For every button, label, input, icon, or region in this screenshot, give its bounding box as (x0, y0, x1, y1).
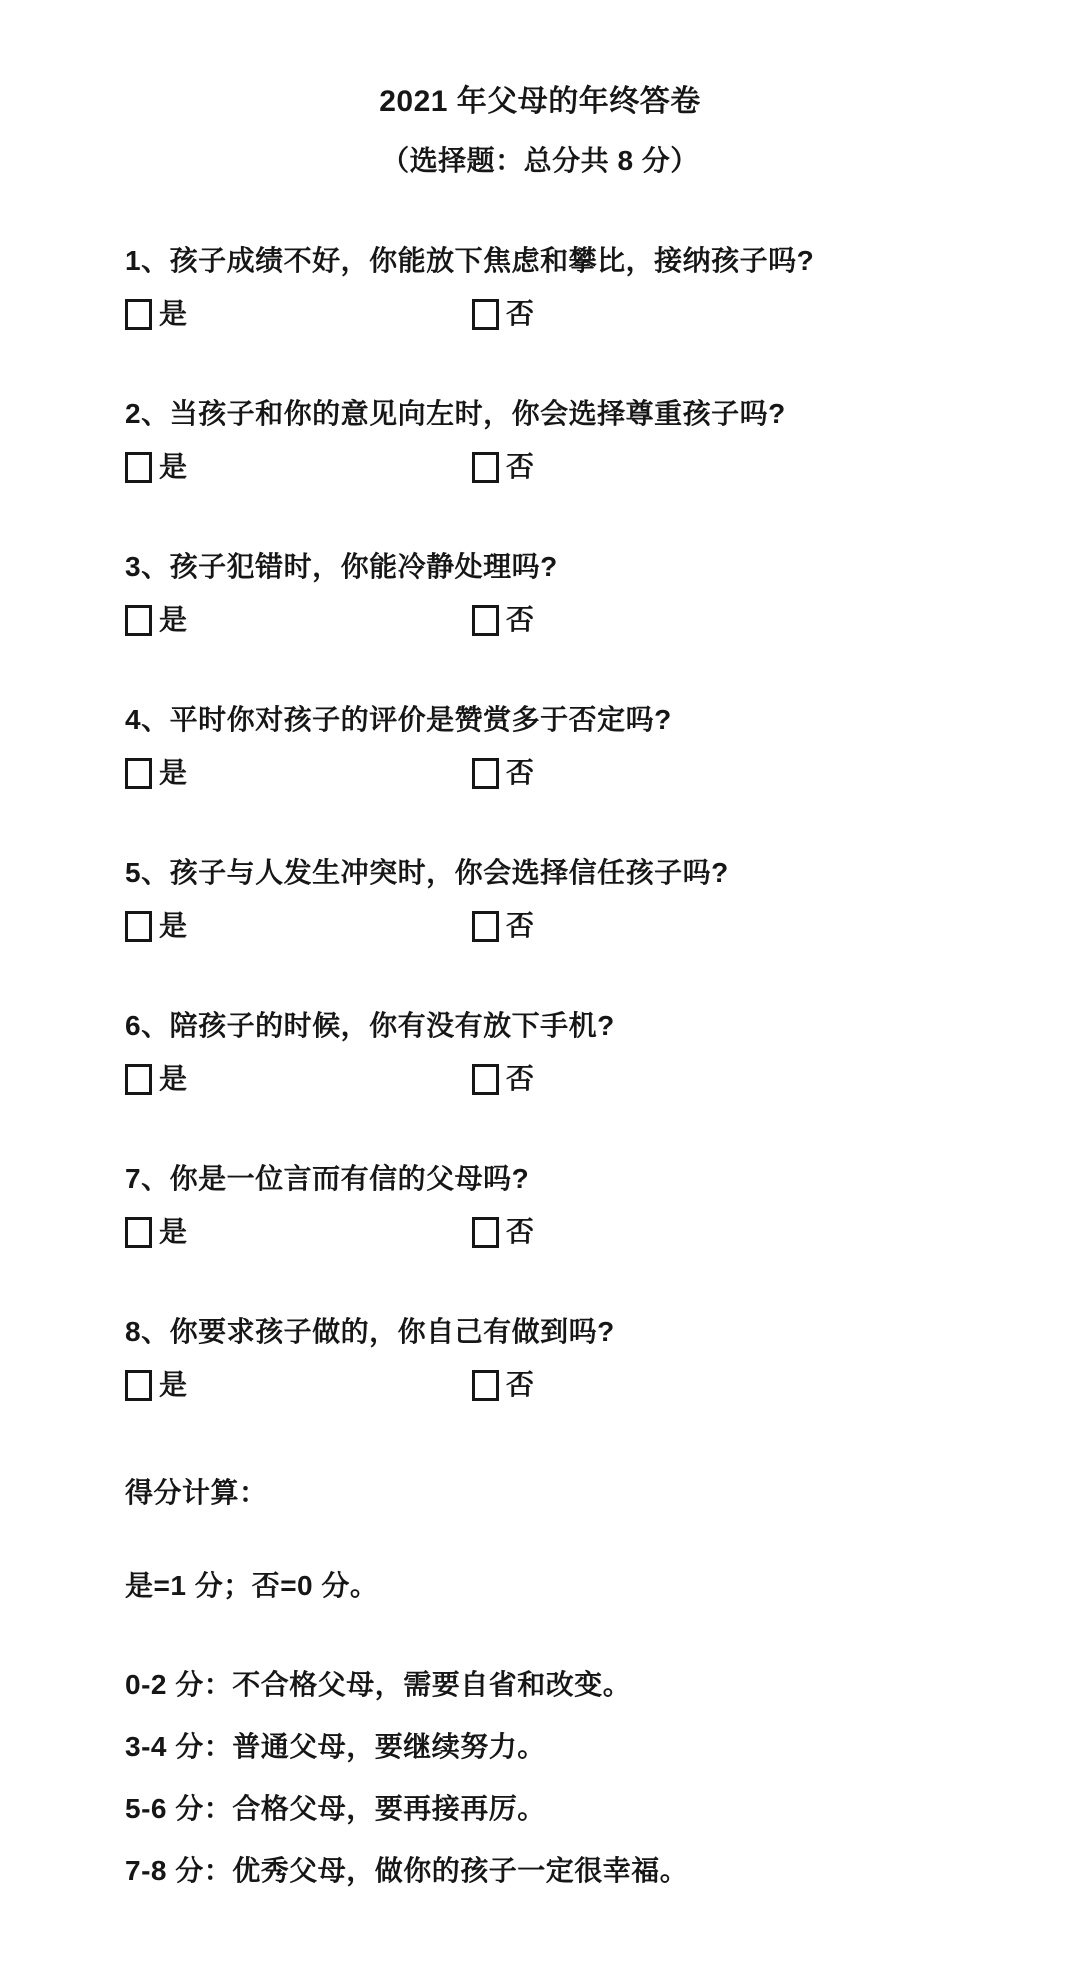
option-no-label: 否 (506, 297, 535, 331)
option-yes[interactable]: 是 (125, 1368, 472, 1402)
checkbox-yes-icon[interactable] (125, 1217, 152, 1248)
score-band-0-2: 0-2 分：不合格父母，需要自省和改变。 (125, 1668, 1020, 1702)
option-no-label: 否 (506, 1368, 535, 1402)
checkbox-no-icon[interactable] (472, 299, 499, 330)
checkbox-yes-icon[interactable] (125, 1064, 152, 1095)
options-row: 是 否 (125, 450, 1020, 484)
options-row: 是 否 (125, 1215, 1020, 1249)
option-no-label: 否 (506, 756, 535, 790)
question-text: 3、孩子犯错时，你能冷静处理吗? (125, 550, 1020, 584)
question-text: 6、陪孩子的时候，你有没有放下手机? (125, 1009, 1020, 1043)
question-text: 1、孩子成绩不好，你能放下焦虑和攀比，接纳孩子吗? (125, 244, 1020, 278)
option-yes[interactable]: 是 (125, 297, 472, 331)
option-yes-label: 是 (159, 1215, 188, 1249)
option-no-label: 否 (506, 1215, 535, 1249)
option-yes[interactable]: 是 (125, 756, 472, 790)
option-yes-label: 是 (159, 909, 188, 943)
question-8: 8、你要求孩子做的，你自己有做到吗? 是 否 (125, 1315, 1020, 1402)
option-no[interactable]: 否 (472, 756, 535, 790)
option-no[interactable]: 否 (472, 1215, 535, 1249)
score-band-7-8: 7-8 分：优秀父母，做你的孩子一定很幸福。 (125, 1854, 1020, 1888)
question-text: 4、平时你对孩子的评价是赞赏多于否定吗? (125, 703, 1020, 737)
option-yes-label: 是 (159, 450, 188, 484)
question-4: 4、平时你对孩子的评价是赞赏多于否定吗? 是 否 (125, 703, 1020, 790)
option-yes-label: 是 (159, 297, 188, 331)
option-no[interactable]: 否 (472, 297, 535, 331)
question-5: 5、孩子与人发生冲突时，你会选择信任孩子吗? 是 否 (125, 856, 1020, 943)
option-no-label: 否 (506, 603, 535, 637)
checkbox-yes-icon[interactable] (125, 1370, 152, 1401)
score-rule: 是=1 分；否=0 分。 (125, 1569, 1020, 1603)
page-subtitle: （选择题：总分共 8 分） (125, 144, 955, 178)
options-row: 是 否 (125, 603, 1020, 637)
option-yes-label: 是 (159, 1368, 188, 1402)
option-yes-label: 是 (159, 1062, 188, 1096)
option-no[interactable]: 否 (472, 603, 535, 637)
question-6: 6、陪孩子的时候，你有没有放下手机? 是 否 (125, 1009, 1020, 1096)
checkbox-no-icon[interactable] (472, 1370, 499, 1401)
checkbox-yes-icon[interactable] (125, 758, 152, 789)
option-no[interactable]: 否 (472, 1062, 535, 1096)
options-row: 是 否 (125, 1368, 1020, 1402)
checkbox-yes-icon[interactable] (125, 911, 152, 942)
options-row: 是 否 (125, 1062, 1020, 1096)
question-text: 7、你是一位言而有信的父母吗? (125, 1162, 1020, 1196)
option-yes-label: 是 (159, 756, 188, 790)
options-row: 是 否 (125, 756, 1020, 790)
checkbox-no-icon[interactable] (472, 758, 499, 789)
question-3: 3、孩子犯错时，你能冷静处理吗? 是 否 (125, 550, 1020, 637)
option-no-label: 否 (506, 450, 535, 484)
checkbox-no-icon[interactable] (472, 1064, 499, 1095)
question-text: 2、当孩子和你的意见向左时，你会选择尊重孩子吗? (125, 397, 1020, 431)
page-title: 2021 年父母的年终答卷 (125, 84, 955, 120)
question-7: 7、你是一位言而有信的父母吗? 是 否 (125, 1162, 1020, 1249)
questionnaire-page: 2021 年父母的年终答卷 （选择题：总分共 8 分） 1、孩子成绩不好，你能放… (0, 0, 1080, 1986)
question-2: 2、当孩子和你的意见向左时，你会选择尊重孩子吗? 是 否 (125, 397, 1020, 484)
checkbox-yes-icon[interactable] (125, 452, 152, 483)
option-no-label: 否 (506, 909, 535, 943)
option-yes[interactable]: 是 (125, 450, 472, 484)
option-no-label: 否 (506, 1062, 535, 1096)
question-text: 5、孩子与人发生冲突时，你会选择信任孩子吗? (125, 856, 1020, 890)
score-band-5-6: 5-6 分：合格父母，要再接再厉。 (125, 1792, 1020, 1826)
option-no[interactable]: 否 (472, 450, 535, 484)
score-band-3-4: 3-4 分：普通父母，要继续努力。 (125, 1730, 1020, 1764)
question-1: 1、孩子成绩不好，你能放下焦虑和攀比，接纳孩子吗? 是 否 (125, 244, 1020, 331)
option-yes[interactable]: 是 (125, 1062, 472, 1096)
options-row: 是 否 (125, 909, 1020, 943)
options-row: 是 否 (125, 297, 1020, 331)
score-section-heading: 得分计算： (125, 1476, 1020, 1510)
checkbox-no-icon[interactable] (472, 911, 499, 942)
checkbox-yes-icon[interactable] (125, 605, 152, 636)
option-yes[interactable]: 是 (125, 1215, 472, 1249)
option-yes-label: 是 (159, 603, 188, 637)
checkbox-yes-icon[interactable] (125, 299, 152, 330)
option-no[interactable]: 否 (472, 1368, 535, 1402)
option-yes[interactable]: 是 (125, 603, 472, 637)
question-text: 8、你要求孩子做的，你自己有做到吗? (125, 1315, 1020, 1349)
checkbox-no-icon[interactable] (472, 605, 499, 636)
option-yes[interactable]: 是 (125, 909, 472, 943)
checkbox-no-icon[interactable] (472, 1217, 499, 1248)
checkbox-no-icon[interactable] (472, 452, 499, 483)
option-no[interactable]: 否 (472, 909, 535, 943)
